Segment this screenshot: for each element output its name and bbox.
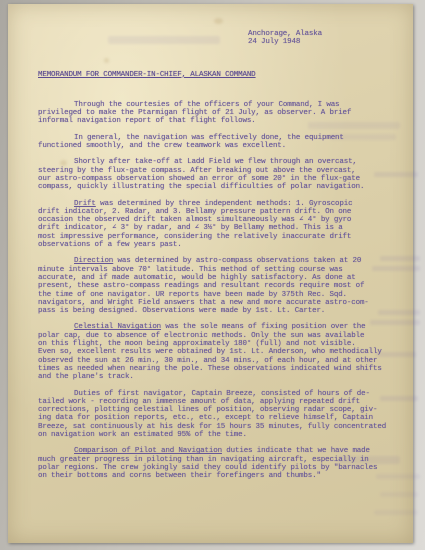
memo-paragraph: Celestial Navigation was the sole means …: [38, 323, 397, 381]
dateline: Anchorage, Alaska 24 July 1948: [248, 30, 397, 47]
memo-paragraph: Through the courtesies of the officers o…: [38, 101, 397, 126]
memo-paragraph: Duties of first navigator, Captain Breez…: [38, 390, 397, 440]
paragraph-text: In general, the navigation was effective…: [38, 134, 344, 150]
paragraph-text: Shortly after take-off at Ladd Field we …: [38, 158, 364, 191]
paragraph-lead-underlined: Direction: [74, 257, 113, 265]
memo-paragraph: Shortly after take-off at Ladd Field we …: [38, 158, 397, 191]
memo-paragraph: In general, the navigation was effective…: [38, 134, 397, 151]
paragraph-lead-underlined: Celestial Navigation: [74, 323, 161, 331]
memo-paragraph: Direction was determined by astro-compas…: [38, 257, 397, 315]
memo-body: Through the courtesies of the officers o…: [38, 101, 397, 481]
document-page: Anchorage, Alaska 24 July 1948 MEMORANDU…: [8, 4, 413, 543]
memo-heading: MEMORANDUM FOR COMMANDER-IN-CHIEF, ALASK…: [38, 71, 397, 79]
memo-paragraph: Drift was determined by three independen…: [38, 200, 397, 250]
scanned-memo-photo: { "page": { "location_date": "Anchorage,…: [0, 0, 425, 550]
paragraph-lead-underlined: Comparison of Pilot and Navigation: [74, 447, 222, 455]
paragraph-text: Duties of first navigator, Captain Breez…: [38, 390, 386, 439]
typewritten-content: Anchorage, Alaska 24 July 1948 MEMORANDU…: [8, 4, 413, 543]
memo-paragraph: Comparison of Pilot and Navigation dutie…: [38, 447, 397, 480]
paragraph-text: was determined by astro-compass observat…: [38, 257, 369, 315]
paragraph-text: Through the courtesies of the officers o…: [38, 101, 351, 126]
paragraph-text: was determined by three independent meth…: [38, 200, 352, 249]
paragraph-text: was the sole means of fixing position ov…: [38, 323, 382, 381]
paragraph-lead-underlined: Drift: [74, 200, 96, 208]
